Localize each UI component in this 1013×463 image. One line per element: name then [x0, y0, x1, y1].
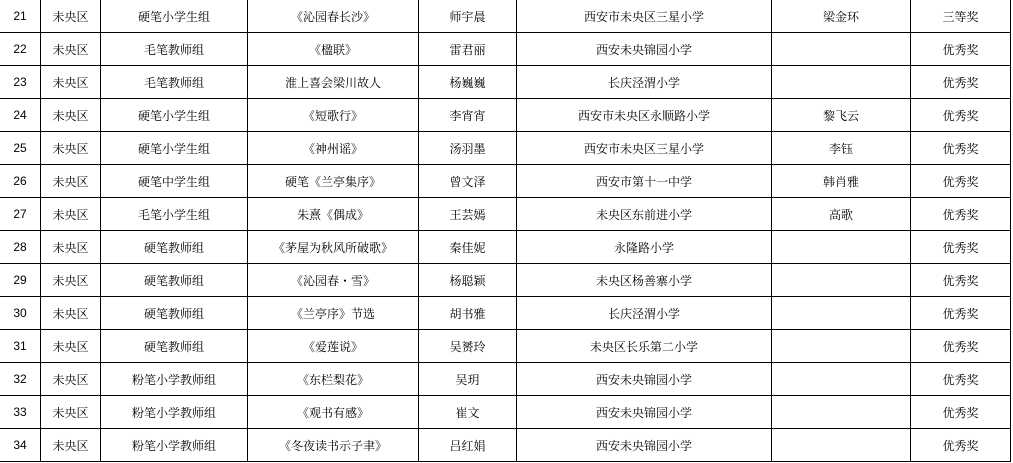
row-number: 34 — [0, 429, 41, 462]
work-title-cell: 《茅屋为秋风所破歌》 — [248, 231, 419, 264]
teacher-cell: 黎飞云 — [772, 99, 911, 132]
teacher-cell — [772, 231, 911, 264]
award-cell: 优秀奖 — [911, 66, 1011, 99]
row-number: 29 — [0, 264, 41, 297]
district-cell: 未央区 — [41, 66, 101, 99]
district-cell: 未央区 — [41, 396, 101, 429]
district-cell: 未央区 — [41, 264, 101, 297]
awards-table: 21未央区硬笔小学生组《沁园春长沙》师宇晨西安市未央区三星小学梁金环三等奖22未… — [0, 0, 1011, 462]
award-cell: 优秀奖 — [911, 165, 1011, 198]
author-cell: 崔文 — [419, 396, 517, 429]
author-cell: 吕红娟 — [419, 429, 517, 462]
table-row: 28未央区硬笔教师组《茅屋为秋风所破歌》秦佳妮永隆路小学优秀奖 — [0, 231, 1011, 264]
teacher-cell: 李钰 — [772, 132, 911, 165]
school-cell: 西安市未央区三星小学 — [517, 132, 772, 165]
district-cell: 未央区 — [41, 330, 101, 363]
school-cell: 未央区杨善寨小学 — [517, 264, 772, 297]
author-cell: 秦佳妮 — [419, 231, 517, 264]
work-title-cell: 《楹联》 — [248, 33, 419, 66]
row-number: 28 — [0, 231, 41, 264]
district-cell: 未央区 — [41, 99, 101, 132]
teacher-cell — [772, 363, 911, 396]
district-cell: 未央区 — [41, 165, 101, 198]
work-title-cell: 硬笔《兰亭集序》 — [248, 165, 419, 198]
work-title-cell: 《短歌行》 — [248, 99, 419, 132]
teacher-cell: 高歌 — [772, 198, 911, 231]
award-cell: 优秀奖 — [911, 264, 1011, 297]
teacher-cell: 韩肖雅 — [772, 165, 911, 198]
district-cell: 未央区 — [41, 363, 101, 396]
school-cell: 西安未央锦园小学 — [517, 363, 772, 396]
row-number: 22 — [0, 33, 41, 66]
author-cell: 师宇晨 — [419, 0, 517, 33]
school-cell: 未央区东前进小学 — [517, 198, 772, 231]
author-cell: 杨聪颖 — [419, 264, 517, 297]
group-cell: 硬笔小学生组 — [101, 99, 248, 132]
author-cell: 李宵宵 — [419, 99, 517, 132]
work-title-cell: 《沁园春长沙》 — [248, 0, 419, 33]
teacher-cell: 梁金环 — [772, 0, 911, 33]
district-cell: 未央区 — [41, 0, 101, 33]
row-number: 25 — [0, 132, 41, 165]
teacher-cell — [772, 297, 911, 330]
teacher-cell — [772, 429, 911, 462]
table-row: 29未央区硬笔教师组《沁园春・雪》杨聪颖未央区杨善寨小学优秀奖 — [0, 264, 1011, 297]
author-cell: 杨巍巍 — [419, 66, 517, 99]
table-row: 24未央区硬笔小学生组《短歌行》李宵宵西安市未央区永顺路小学黎飞云优秀奖 — [0, 99, 1011, 132]
work-title-cell: 《冬夜读书示子聿》 — [248, 429, 419, 462]
school-cell: 西安市未央区三星小学 — [517, 0, 772, 33]
group-cell: 硬笔小学生组 — [101, 0, 248, 33]
author-cell: 吴赟玲 — [419, 330, 517, 363]
row-number: 23 — [0, 66, 41, 99]
teacher-cell — [772, 33, 911, 66]
school-cell: 西安市第十一中学 — [517, 165, 772, 198]
district-cell: 未央区 — [41, 231, 101, 264]
teacher-cell — [772, 330, 911, 363]
group-cell: 毛笔教师组 — [101, 66, 248, 99]
table-row: 34未央区粉笔小学教师组《冬夜读书示子聿》吕红娟西安未央锦园小学优秀奖 — [0, 429, 1011, 462]
work-title-cell: 淮上喜会梁川故人 — [248, 66, 419, 99]
row-number: 32 — [0, 363, 41, 396]
school-cell: 长庆泾渭小学 — [517, 66, 772, 99]
author-cell: 汤羽墨 — [419, 132, 517, 165]
award-cell: 优秀奖 — [911, 330, 1011, 363]
row-number: 27 — [0, 198, 41, 231]
row-number: 21 — [0, 0, 41, 33]
table-row: 32未央区粉笔小学教师组《东栏梨花》吴玥西安未央锦园小学优秀奖 — [0, 363, 1011, 396]
award-cell: 优秀奖 — [911, 429, 1011, 462]
group-cell: 粉笔小学教师组 — [101, 396, 248, 429]
row-number: 31 — [0, 330, 41, 363]
school-cell: 西安市未央区永顺路小学 — [517, 99, 772, 132]
teacher-cell — [772, 396, 911, 429]
author-cell: 曾文泽 — [419, 165, 517, 198]
group-cell: 硬笔教师组 — [101, 264, 248, 297]
table-row: 33未央区粉笔小学教师组《观书有感》崔文西安未央锦园小学优秀奖 — [0, 396, 1011, 429]
school-cell: 永隆路小学 — [517, 231, 772, 264]
district-cell: 未央区 — [41, 429, 101, 462]
award-cell: 优秀奖 — [911, 99, 1011, 132]
work-title-cell: 《神州谣》 — [248, 132, 419, 165]
school-cell: 西安未央锦园小学 — [517, 429, 772, 462]
table-row: 25未央区硬笔小学生组《神州谣》汤羽墨西安市未央区三星小学李钰优秀奖 — [0, 132, 1011, 165]
group-cell: 粉笔小学教师组 — [101, 363, 248, 396]
school-cell: 未央区长乐第二小学 — [517, 330, 772, 363]
award-cell: 优秀奖 — [911, 198, 1011, 231]
work-title-cell: 朱熹《偶成》 — [248, 198, 419, 231]
district-cell: 未央区 — [41, 33, 101, 66]
work-title-cell: 《观书有感》 — [248, 396, 419, 429]
table-row: 30未央区硬笔教师组《兰亭序》节选胡书雅长庆泾渭小学优秀奖 — [0, 297, 1011, 330]
group-cell: 粉笔小学教师组 — [101, 429, 248, 462]
author-cell: 胡书雅 — [419, 297, 517, 330]
award-cell: 优秀奖 — [911, 297, 1011, 330]
teacher-cell — [772, 264, 911, 297]
table-row: 26未央区硬笔中学生组硬笔《兰亭集序》曾文泽西安市第十一中学韩肖雅优秀奖 — [0, 165, 1011, 198]
award-cell: 优秀奖 — [911, 132, 1011, 165]
award-cell: 优秀奖 — [911, 33, 1011, 66]
award-cell: 三等奖 — [911, 0, 1011, 33]
row-number: 30 — [0, 297, 41, 330]
district-cell: 未央区 — [41, 132, 101, 165]
author-cell: 雷君丽 — [419, 33, 517, 66]
group-cell: 硬笔中学生组 — [101, 165, 248, 198]
row-number: 26 — [0, 165, 41, 198]
row-number: 33 — [0, 396, 41, 429]
table-row: 27未央区毛笔小学生组朱熹《偶成》王芸嫣未央区东前进小学高歌优秀奖 — [0, 198, 1011, 231]
group-cell: 毛笔小学生组 — [101, 198, 248, 231]
work-title-cell: 《爱莲说》 — [248, 330, 419, 363]
work-title-cell: 《东栏梨花》 — [248, 363, 419, 396]
group-cell: 毛笔教师组 — [101, 33, 248, 66]
award-cell: 优秀奖 — [911, 363, 1011, 396]
table-row: 21未央区硬笔小学生组《沁园春长沙》师宇晨西安市未央区三星小学梁金环三等奖 — [0, 0, 1011, 33]
group-cell: 硬笔小学生组 — [101, 132, 248, 165]
school-cell: 西安未央锦园小学 — [517, 396, 772, 429]
award-cell: 优秀奖 — [911, 231, 1011, 264]
district-cell: 未央区 — [41, 198, 101, 231]
table-row: 31未央区硬笔教师组《爱莲说》吴赟玲未央区长乐第二小学优秀奖 — [0, 330, 1011, 363]
table-body: 21未央区硬笔小学生组《沁园春长沙》师宇晨西安市未央区三星小学梁金环三等奖22未… — [0, 0, 1011, 462]
work-title-cell: 《沁园春・雪》 — [248, 264, 419, 297]
group-cell: 硬笔教师组 — [101, 330, 248, 363]
author-cell: 王芸嫣 — [419, 198, 517, 231]
award-cell: 优秀奖 — [911, 396, 1011, 429]
group-cell: 硬笔教师组 — [101, 231, 248, 264]
teacher-cell — [772, 66, 911, 99]
school-cell: 长庆泾渭小学 — [517, 297, 772, 330]
author-cell: 吴玥 — [419, 363, 517, 396]
table-row: 23未央区毛笔教师组淮上喜会梁川故人杨巍巍长庆泾渭小学优秀奖 — [0, 66, 1011, 99]
school-cell: 西安未央锦园小学 — [517, 33, 772, 66]
group-cell: 硬笔教师组 — [101, 297, 248, 330]
work-title-cell: 《兰亭序》节选 — [248, 297, 419, 330]
district-cell: 未央区 — [41, 297, 101, 330]
row-number: 24 — [0, 99, 41, 132]
table-row: 22未央区毛笔教师组《楹联》雷君丽西安未央锦园小学优秀奖 — [0, 33, 1011, 66]
